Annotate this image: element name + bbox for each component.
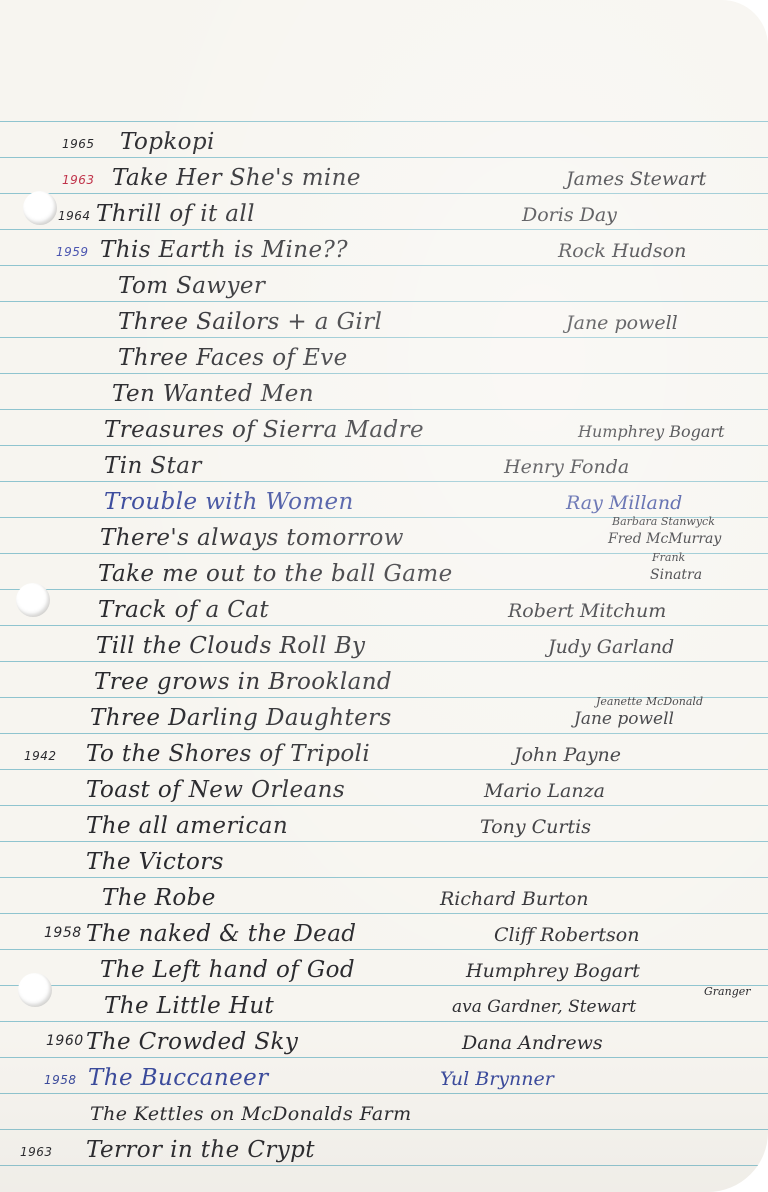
list-item: Track of a Cat Robert Mitchum [0,593,768,629]
list-item: Tom Sawyer [0,269,768,305]
year-label: 1963 [62,173,95,187]
movie-title: Toast of New Orleans [86,777,345,803]
movie-title: Take Her She's mine [112,165,361,191]
year-label: 1959 [56,245,89,259]
movie-star: Sinatra [650,567,702,583]
movie-title: To the Shores of Tripoli [86,741,370,767]
list-item: Treasures of Sierra Madre Humphrey Bogar… [0,413,768,449]
year-label: 1963 [20,1145,53,1159]
movie-title: The Little Hut [104,993,274,1019]
movie-title: Thrill of it all [96,201,255,227]
movie-star: Mario Lanza [484,780,605,802]
movie-star: Fred McMurray [608,531,721,547]
list-item: Three Sailors + a Girl Jane powell [0,305,768,341]
list-item: 1942 To the Shores of Tripoli John Payne [0,737,768,773]
movie-title: Till the Clouds Roll By [96,633,365,659]
movie-title: Three Sailors + a Girl [118,309,382,335]
movie-star: Cliff Robertson [494,924,640,946]
movie-title: Tree grows in Brookland [94,669,392,695]
movie-star: Rock Hudson [558,240,686,262]
movie-star: John Payne [514,744,621,766]
year-label: 1958 [44,1073,77,1087]
list-item: Three Faces of Eve [0,341,768,377]
year-label: 1960 [46,1033,84,1049]
movie-title: Tom Sawyer [118,273,265,299]
movie-star-secondary: Jeanette McDonald [596,695,703,708]
movie-star: Jane powell [574,709,674,729]
movie-title: The Left hand of God [100,957,355,983]
list-item: 1958 The Buccaneer Yul Brynner [0,1061,768,1097]
notebook-page: 1965 Topkopi 1963 Take Her She's mine Ja… [0,0,768,1192]
movie-title: The Kettles on McDonalds Farm [90,1103,412,1125]
movie-title: There's always tomorrow [100,525,404,551]
movie-star: James Stewart [566,168,706,190]
movie-star: Jane powell [566,312,678,334]
movie-star: Dana Andrews [462,1032,603,1054]
movie-title: This Earth is Mine?? [100,237,348,263]
list-item: 1963 Terror in the Crypt [0,1133,768,1169]
year-label: 1958 [44,925,82,941]
list-item: 1959 This Earth is Mine?? Rock Hudson [0,233,768,269]
year-label: 1965 [62,137,95,151]
movie-star: Robert Mitchum [508,600,666,622]
movie-title: The Crowded Sky [86,1029,298,1055]
movie-title: Treasures of Sierra Madre [104,417,424,443]
movie-title: Three Faces of Eve [118,345,348,371]
list-item: Take me out to the ball Game Frank Sinat… [0,557,768,593]
movie-star: Yul Brynner [440,1068,554,1090]
list-item: Ten Wanted Men [0,377,768,413]
movie-title: Track of a Cat [98,597,269,623]
list-item: The all american Tony Curtis [0,809,768,845]
list-item: The Kettles on McDonalds Farm [0,1097,768,1133]
movie-star: Richard Burton [440,888,588,910]
ruled-line [0,121,768,122]
list-item: 1958 The naked & the Dead Cliff Robertso… [0,917,768,953]
movie-title: Tin Star [104,453,202,479]
movie-star: Ray Milland [566,492,682,514]
movie-star: ava Gardner, Stewart [452,997,636,1017]
list-item: Three Darling Daughters Jeanette McDonal… [0,701,768,737]
movie-star-secondary: Frank [652,551,685,564]
movie-title: The Buccaneer [88,1065,269,1091]
movie-title: Topkopi [120,129,215,155]
list-item: The Left hand of God Humphrey Bogart [0,953,768,989]
list-item: Till the Clouds Roll By Judy Garland [0,629,768,665]
list-item: 1964 Thrill of it all Doris Day [0,197,768,233]
year-label: 1942 [24,749,57,763]
list-item: 1963 Take Her She's mine James Stewart [0,161,768,197]
movie-star: Humphrey Bogart [466,960,640,982]
list-item: Toast of New Orleans Mario Lanza [0,773,768,809]
movie-title: The Robe [102,885,216,911]
list-item: The Victors [0,845,768,881]
year-label: 1964 [58,209,91,223]
movie-star: Judy Garland [548,636,674,658]
list-item: 1960 The Crowded Sky Dana Andrews [0,1025,768,1061]
movie-star-secondary: Barbara Stanwyck [612,515,715,528]
movie-title: The all american [86,813,288,839]
list-item: The Little Hut Granger ava Gardner, Stew… [0,989,768,1025]
movie-star: Tony Curtis [480,816,591,838]
movie-star-secondary: Granger [704,985,751,998]
movie-star: Henry Fonda [504,456,629,478]
list-item: 1965 Topkopi [0,125,768,161]
movie-title: Take me out to the ball Game [98,561,453,587]
movie-title: Terror in the Crypt [86,1137,315,1163]
movie-title: Three Darling Daughters [90,705,392,731]
movie-title: The Victors [86,849,224,875]
movie-title: The naked & the Dead [86,921,356,947]
movie-star: Doris Day [522,204,617,226]
list-item: Tin Star Henry Fonda [0,449,768,485]
list-item: The Robe Richard Burton [0,881,768,917]
movie-star: Humphrey Bogart [578,422,724,441]
movie-title: Trouble with Women [104,489,354,515]
movie-title: Ten Wanted Men [112,381,314,407]
